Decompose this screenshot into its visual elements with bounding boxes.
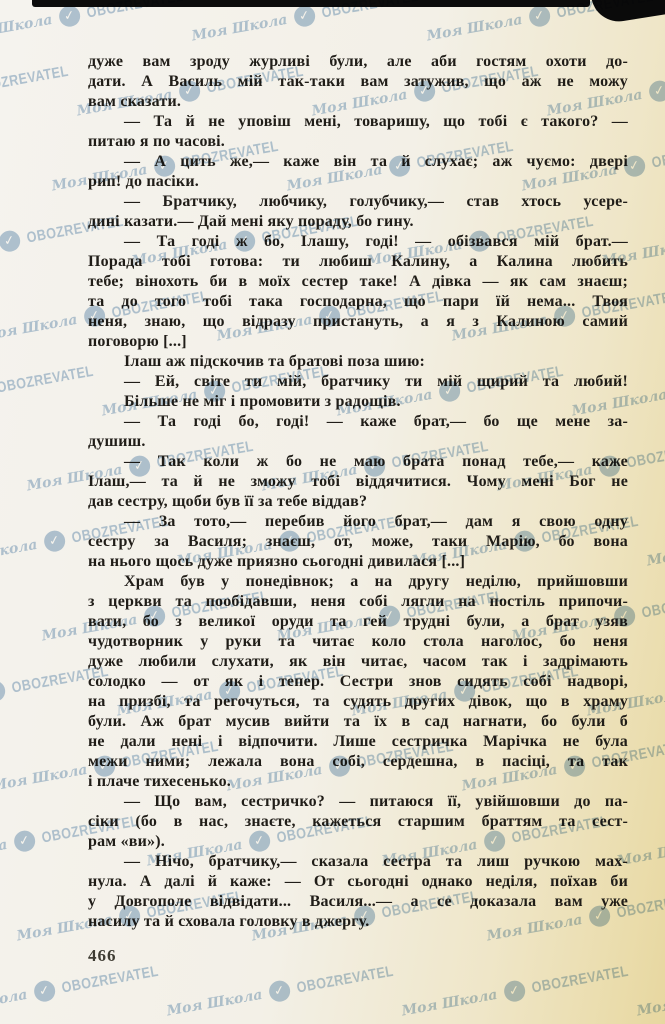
obozrevatel-check-icon: ✓: [292, 4, 316, 28]
text-line: були. Аж брат мусив вийти та їх в сад на…: [88, 712, 628, 732]
obozrevatel-check-icon: ✓: [57, 4, 81, 28]
text-line: сестру за Василя; знаєш, от, може, таки …: [88, 532, 628, 552]
watermark-brand-label: OBOZREVATEL: [0, 63, 70, 97]
watermark-school-label: Моя Школа: [165, 986, 263, 1019]
obozrevatel-check-icon: ✓: [42, 529, 66, 553]
text-line: у Довгополе відвідати... Василя...— а се…: [88, 892, 628, 912]
watermark-brand-label: OBOZREVATEL: [650, 138, 665, 172]
watermark-school-label: Моя Школа: [635, 986, 665, 1019]
text-line: чудотворник у руки та читає коло стола н…: [88, 632, 628, 652]
watermark: Моя Школа✓OBOZREVATEL: [400, 958, 648, 1022]
text-line: насилу та й сховала головку в джергу.: [88, 912, 628, 932]
watermark-brand-label: OBOZREVATEL: [640, 588, 665, 622]
text-line: вати, бо з великої оруди та гей трудні б…: [88, 612, 628, 632]
text-line: дуже вам зроду журливі були, але аби гос…: [88, 52, 628, 72]
text-line: солодко — от як і тепер. Сестри знов сид…: [88, 672, 628, 692]
watermark-school-label: Моя Школа: [0, 986, 29, 1019]
text-line: нула. А далі й каже: — От сьогодні однак…: [88, 872, 628, 892]
text-line: рип! до пасіки.: [88, 172, 628, 192]
obozrevatel-check-icon: ✓: [647, 79, 665, 103]
text-line: поговорю [...]: [88, 332, 628, 352]
text-line: дав сестру, щоби був її за тебе віддав?: [88, 492, 628, 512]
scan-edge-top-strip: [32, 0, 590, 7]
watermark: Моя Школа✓OBOZREVATEL: [635, 958, 665, 1022]
text-line: дати. А Василь мій так-таки вам затужив,…: [88, 72, 628, 92]
text-line: сіки (бо в нас, знаєте, кажеться старшим…: [88, 812, 628, 832]
text-line: душиш.: [88, 432, 628, 452]
watermark-school-label: Моя Школа: [0, 311, 79, 344]
watermark: Моя Школа✓OBOZREVATEL: [165, 958, 413, 1022]
text-line: Більше не міг і промовити з радощів.: [88, 392, 628, 412]
text-line: — А цить же,— каже він та й слухає; аж ч…: [88, 152, 628, 172]
watermark: Моя Школа✓OBOZREVATEL: [0, 58, 88, 122]
watermark-school-label: Моя Школа: [0, 836, 9, 869]
text-line: дуже любили слухати, як він читає, часом…: [88, 652, 628, 672]
text-line: Ілаш,— та й не зможу тобі віддячитися. Ч…: [88, 472, 628, 492]
text-line: на призбі, та регочуться, та судять друг…: [88, 692, 628, 712]
obozrevatel-check-icon: ✓: [502, 979, 526, 1003]
page-background: дуже вам зроду журливі були, але аби гос…: [0, 0, 665, 1024]
watermark: Моя Школа✓OBOZREVATEL: [0, 958, 178, 1022]
text-line: — Що вам, сестричко? — питаюся її, увійш…: [88, 792, 628, 812]
text-line: на нього щось дуже приязно сьогодні диви…: [88, 552, 628, 572]
text-line: — Так коли ж бо не маю брата понад тебе,…: [88, 452, 628, 472]
text-line: — Ей, світе ти мій, братчику ти мій щири…: [88, 372, 628, 392]
obozrevatel-check-icon: ✓: [32, 979, 56, 1003]
watermark-school-label: Моя Школа: [645, 536, 665, 569]
watermark-brand-label: OBOZREVATEL: [0, 363, 95, 397]
text-line: і плаче тихесенько.: [88, 772, 628, 792]
obozrevatel-check-icon: ✓: [12, 829, 36, 853]
text-line: та до того тобі така господарна, що пари…: [88, 292, 628, 312]
text-line: Храм був у понедівнок; а на другу неділю…: [88, 572, 628, 592]
watermark-brand-label: OBOZREVATEL: [530, 963, 629, 997]
text-line: — За тото,— перебив його брат,— дам я св…: [88, 512, 628, 532]
text-line: Ілаш аж підскочив та братові поза шию:: [88, 352, 628, 372]
text-line: — Та годі ж бо, Ілашу, годі! — обізвався…: [88, 232, 628, 252]
watermark-school-label: Моя Школа: [190, 11, 288, 44]
watermark-school-label: Моя Школа: [0, 11, 54, 44]
text-line: рам «ви»).: [88, 832, 628, 852]
watermark-school-label: Моя Школа: [0, 536, 39, 569]
text-line: не дали нені і відпочити. Лише сестричка…: [88, 732, 628, 752]
watermark-brand-label: OBOZREVATEL: [625, 438, 665, 472]
text-line: Порада тобі готова: ти любиш Калину, а К…: [88, 252, 628, 272]
page-number: 466: [88, 946, 117, 966]
text-line: тебе; вінохоть би в моїх сестер таке! А …: [88, 272, 628, 292]
scanned-book-page: { "page": { "number": "466", "paragraphs…: [0, 0, 665, 1024]
text-line: питаю я по часові.: [88, 132, 628, 152]
watermark-brand-label: OBOZREVATEL: [60, 963, 159, 997]
text-line: — Нічо, братчику,— сказала сестра та лиш…: [88, 852, 628, 872]
page-text: дуже вам зроду журливі були, але аби гос…: [88, 52, 628, 932]
obozrevatel-check-icon: ✓: [267, 979, 291, 1003]
text-line: з церкви та пообідавши, неня собі лягли …: [88, 592, 628, 612]
text-line: неня, знаю, що відразу пристануть, а я з…: [88, 312, 628, 332]
watermark-school-label: Моя Школа: [425, 11, 523, 44]
text-line: дині казати.— Дай мені яку пораду, бо ги…: [88, 212, 628, 232]
watermark-school-label: Моя Школа: [0, 761, 89, 794]
text-line: — Та й не уповіш мені, товаришу, що тобі…: [88, 112, 628, 132]
text-line: межи ними; лежала вона собі, сердешна, в…: [88, 752, 628, 772]
watermark-school-label: Моя Школа: [400, 986, 498, 1019]
scan-edge-corner: [591, 0, 665, 25]
obozrevatel-check-icon: ✓: [527, 4, 551, 28]
watermark: Моя Школа✓OBOZREVATEL: [645, 508, 665, 572]
obozrevatel-check-icon: ✓: [0, 229, 22, 253]
text-line: — Братчику, любчику, голубчику,— став хт…: [88, 192, 628, 212]
text-line: вам сказати.: [88, 92, 628, 112]
obozrevatel-check-icon: ✓: [0, 679, 7, 703]
watermark-brand-label: OBOZREVATEL: [295, 963, 394, 997]
text-line: — Та годі бо, годі! — каже брат,— бо ще …: [88, 412, 628, 432]
